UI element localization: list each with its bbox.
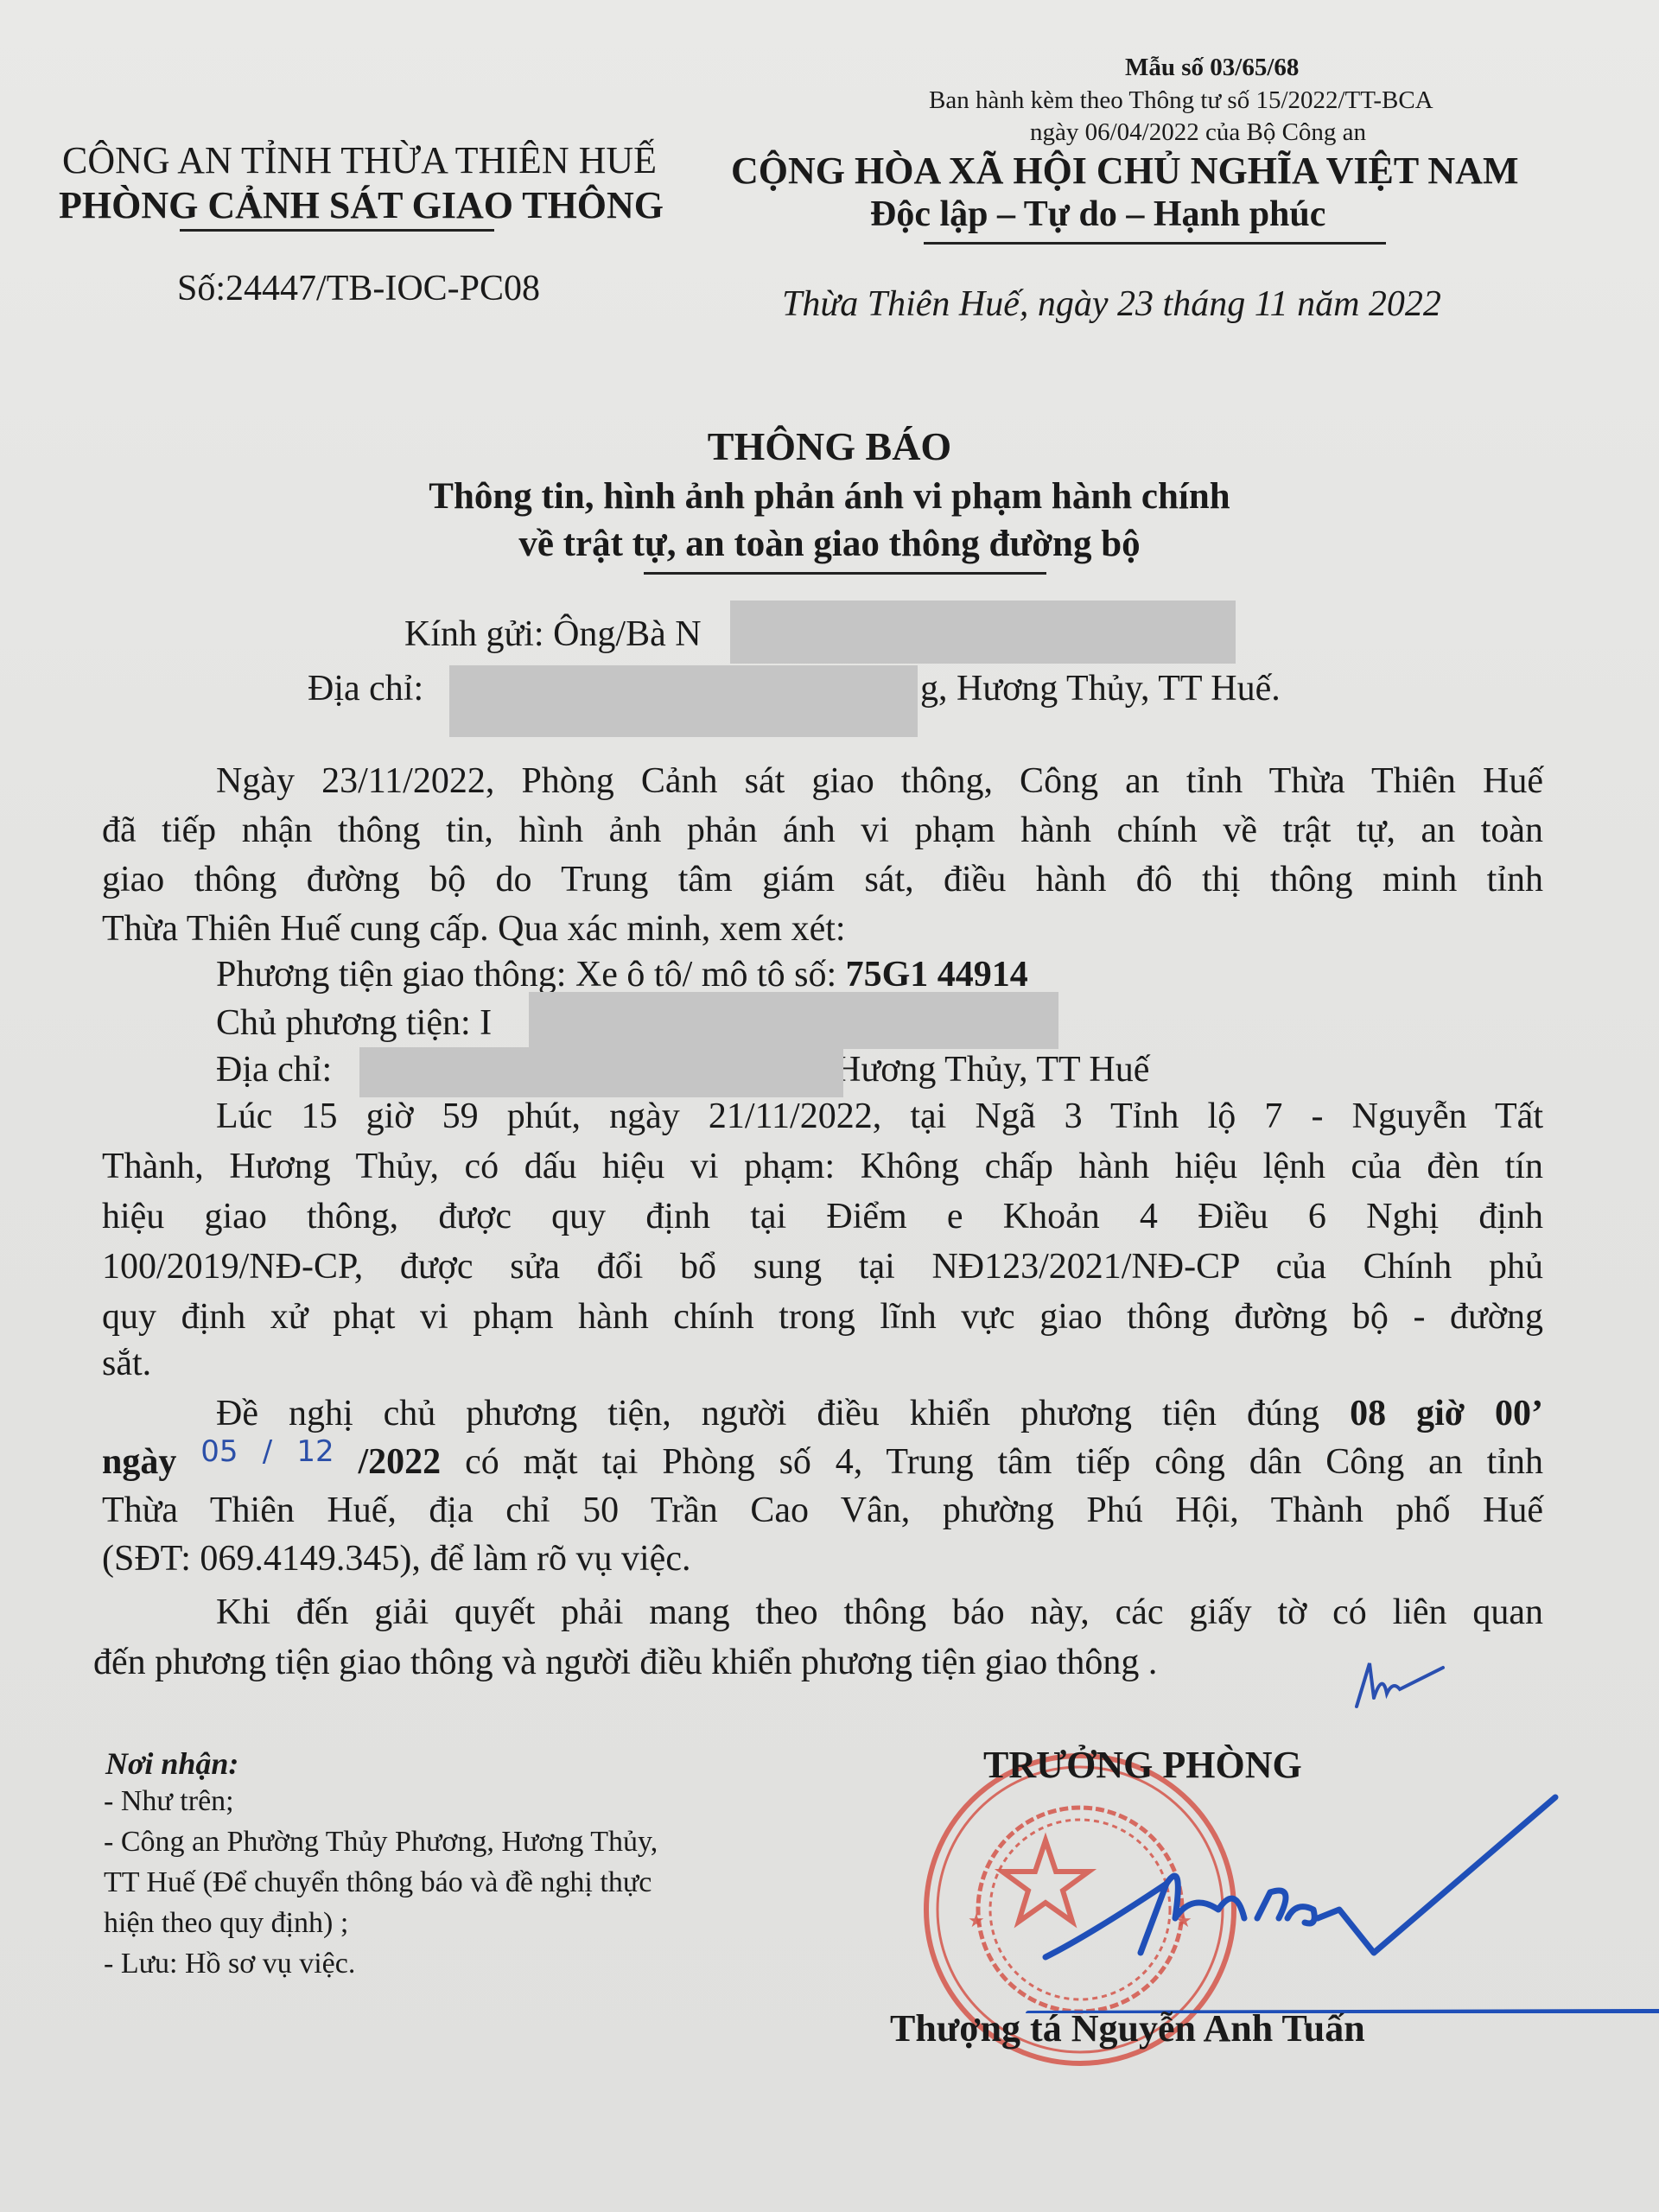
appointment-year: /2022: [359, 1442, 442, 1482]
recipient-line: - Công an Phường Thủy Phương, Hương Thủy…: [104, 1826, 658, 1859]
owner-address-tail: g, Hương Thủy, TT Huế: [798, 1050, 1149, 1090]
body-line: 100/2019/NĐ-CP, được sửa đổi bổ sung tại…: [102, 1246, 1543, 1287]
body-line: đã tiếp nhận thông tin, hình ảnh phản án…: [102, 810, 1543, 851]
redaction-addressee-name: [730, 601, 1236, 664]
vehicle-label: Phương tiện giao thông: Xe ô tô/ mô tô s…: [216, 955, 846, 995]
handwritten-day: 05: [200, 1434, 238, 1469]
owner-address-label: Địa chỉ:: [216, 1050, 332, 1090]
nation-heading: CỘNG HÒA XÃ HỘI CHỦ NGHĨA VIỆT NAM: [731, 149, 1518, 193]
signer-name: Thượng tá Nguyễn Anh Tuấn: [890, 2006, 1365, 2050]
motto-underline: [924, 242, 1386, 245]
body-line: Khi đến giải quyết phải mang theo thông …: [216, 1592, 1543, 1633]
body-line: (SĐT: 069.4149.345), để làm rõ vụ việc.: [102, 1538, 1543, 1580]
agency-underline: [180, 229, 494, 232]
recipient-line: - Như trên;: [104, 1785, 234, 1818]
body-line: Lúc 15 giờ 59 phút, ngày 21/11/2022, tại…: [216, 1096, 1543, 1137]
body-line: Thừa Thiên Huế cung cấp. Qua xác minh, x…: [102, 908, 1543, 950]
body-line: quy định xử phạt vi phạm hành chính tron…: [102, 1296, 1543, 1338]
appointment-line1: Đề nghị chủ phương tiện, người điều khiể…: [216, 1393, 1543, 1434]
body-line: đến phương tiện giao thông và người điều…: [93, 1642, 1535, 1683]
subtitle-underline: [644, 572, 1046, 575]
redaction-owner-address: [359, 1047, 843, 1097]
issued-with-line2: ngày 06/04/2022 của Bộ Công an: [1030, 118, 1366, 147]
body-line: hiệu giao thông, được quy định tại Điểm …: [102, 1196, 1543, 1237]
vehicle-line: Phương tiện giao thông: Xe ô tô/ mô tô s…: [216, 954, 1543, 995]
initials-mark: [1339, 1646, 1452, 1715]
handwritten-signature: [1020, 1789, 1659, 2013]
document-subtitle-line2: về trật tự, an toàn giao thông đường bộ: [518, 523, 1140, 565]
form-number: Mẫu số 03/65/68: [1125, 54, 1299, 82]
vehicle-plate: 75G1 44914: [846, 955, 1028, 995]
recipient-line: hiện theo quy định) ;: [104, 1907, 348, 1940]
issued-with-line1: Ban hành kèm theo Thông tư số 15/2022/TT…: [929, 86, 1433, 115]
appointment-line2: ngày 05 / 12 /2022 có mặt tại Phòng số 4…: [102, 1441, 1543, 1483]
agency-parent: CÔNG AN TỈNH THỪA THIÊN HUẾ: [62, 138, 657, 182]
recipient-line: TT Huế (Để chuyển thông báo và đề nghị t…: [104, 1866, 652, 1899]
body-line: sắt.: [102, 1343, 1543, 1384]
redaction-owner-name: [529, 992, 1058, 1049]
document-title: THÔNG BÁO: [708, 423, 951, 469]
agency-unit: PHÒNG CẢNH SÁT GIAO THÔNG: [59, 183, 664, 227]
addressee-label: Kính gửi: Ông/Bà N: [404, 613, 702, 655]
body-line: Thừa Thiên Huế, địa chỉ 50 Trần Cao Vân,…: [102, 1490, 1543, 1531]
recipients-title: Nơi nhận:: [105, 1745, 238, 1782]
recipient-line: - Lưu: Hồ sơ vụ việc.: [104, 1948, 355, 1980]
body-line: giao thông đường bộ do Trung tâm giám sá…: [102, 859, 1543, 900]
handwritten-month: 12: [296, 1434, 334, 1469]
document-subtitle-line1: Thông tin, hình ảnh phản ánh vi phạm hàn…: [429, 475, 1230, 518]
address-tail: g, Hương Thủy, TT Huế.: [920, 668, 1281, 709]
redaction-addressee-address: [449, 665, 918, 737]
body-line: Thành, Hương Thủy, có dấu hiệu vi phạm: …: [102, 1146, 1543, 1187]
svg-text:★: ★: [968, 1910, 985, 1932]
place-date: Thừa Thiên Huế, ngày 23 tháng 11 năm 202…: [782, 283, 1441, 325]
signer-position: TRƯỞNG PHÒNG: [983, 1743, 1302, 1787]
appointment-time: 08 giờ 00’: [1350, 1394, 1543, 1433]
national-motto: Độc lập – Tự do – Hạnh phúc: [870, 194, 1325, 235]
body-line: Ngày 23/11/2022, Phòng Cảnh sát giao thô…: [216, 760, 1543, 802]
document-number: Số:24447/TB-IOC-PC08: [177, 268, 540, 309]
address-label: Địa chỉ:: [308, 668, 423, 709]
